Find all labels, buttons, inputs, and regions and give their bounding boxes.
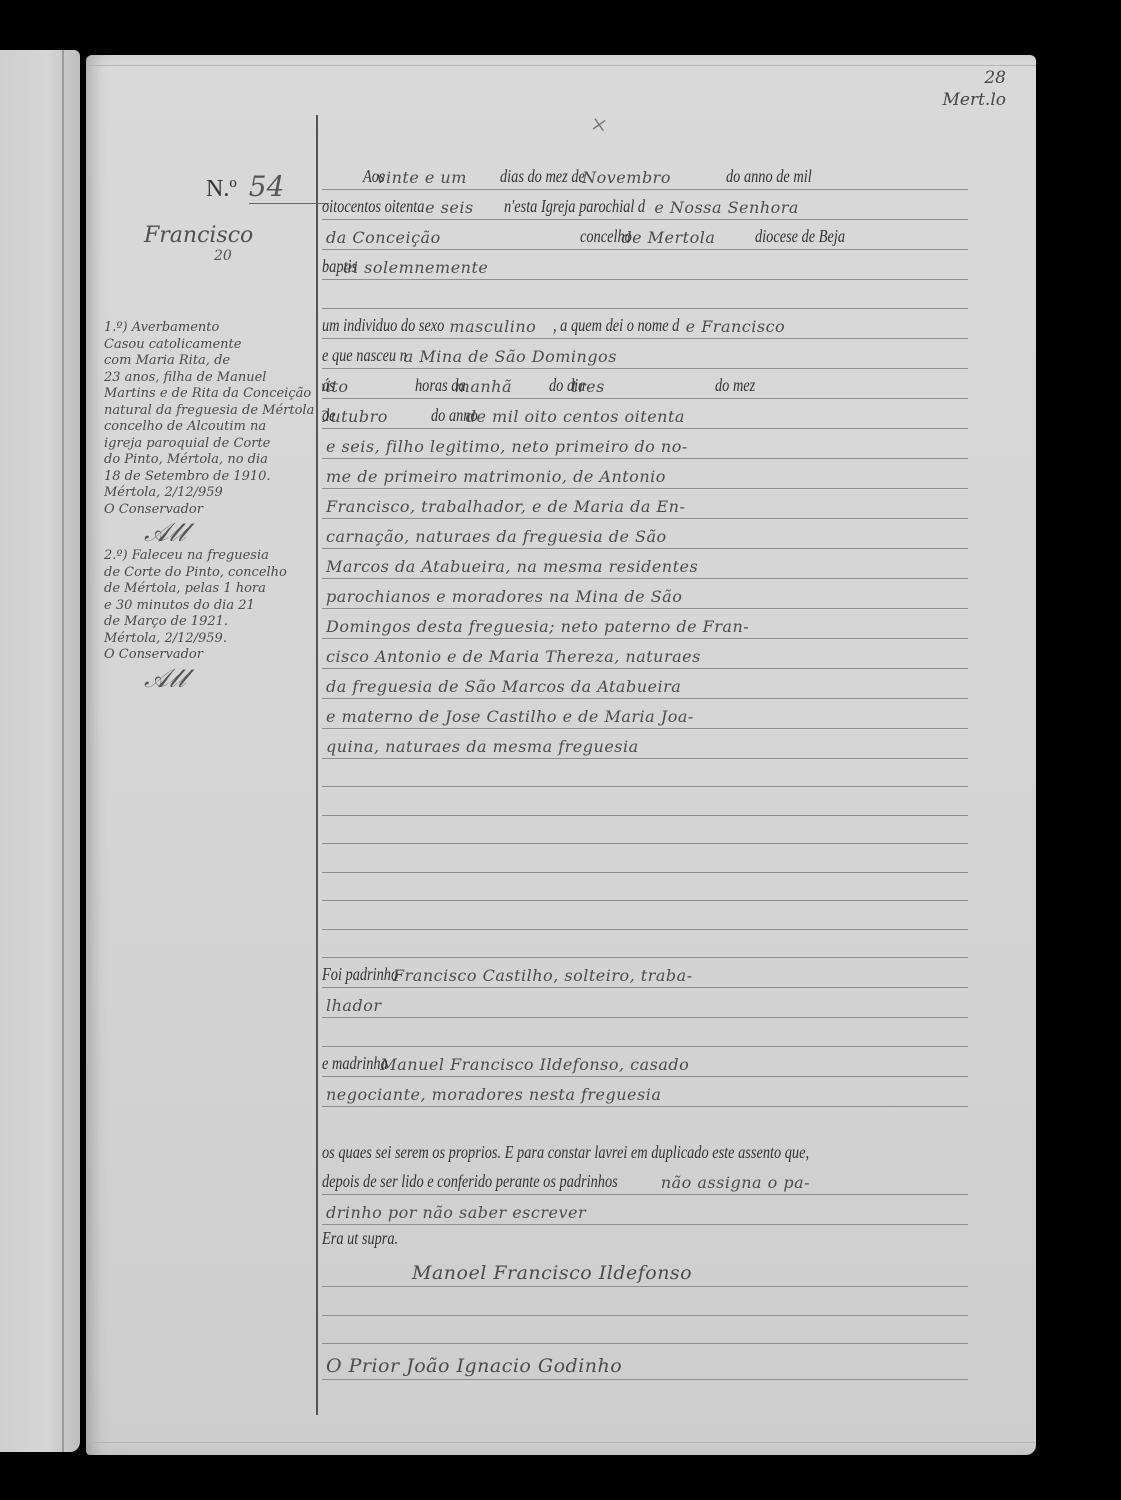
birth-day-field: tres (567, 377, 715, 396)
record-line-6: e que nasceu n a Mina de São Domingos (322, 339, 968, 369)
child-name-field: e Francisco (682, 317, 968, 336)
note-line: Casou catolicamente (104, 337, 316, 354)
handwritten-text: Domingos desta freguesia; neto paterno d… (322, 617, 968, 636)
record-line-8: de Outubro do anno de mil oito centos oi… (322, 399, 968, 429)
blank-line (322, 787, 968, 816)
godmother-label: e madrinha (322, 1053, 388, 1074)
margin-number: 20 (104, 248, 316, 264)
handwritten-text: Francisco, trabalhador, e de Maria da En… (322, 497, 968, 516)
printed-text: horas da (415, 375, 466, 396)
note-line: do Pinto, Mértola, no dia (104, 452, 316, 469)
margin-rule (316, 115, 318, 1415)
note-line: 23 anos, filha de Manuel (104, 370, 316, 387)
record-line-15: Domingos desta freguesia; neto paterno d… (322, 609, 968, 639)
birth-year-field: de mil oito centos oitenta (462, 407, 968, 426)
note-line: Martins e de Rita da Conceição (104, 386, 316, 403)
facing-page-edge (0, 50, 80, 1452)
printed-text: , a quem dei o nome d (553, 315, 679, 336)
month-field: Novembro (578, 168, 726, 187)
birth-month-field: Outubro (322, 407, 431, 426)
note-line: Mértola, 2/12/959. (104, 631, 316, 648)
godfather-line-1: Foi padrinho Francisco Castilho, solteir… (322, 958, 968, 988)
printed-text: oitocentos oitenta (322, 196, 424, 217)
printed-text: e que nasceu n (322, 345, 407, 366)
record-line-16: cisco Antonio e de Maria Thereza, natura… (322, 639, 968, 669)
blank-line (322, 1107, 968, 1136)
blank-line (322, 844, 968, 873)
parish-field: e Nossa Senhora (650, 198, 968, 217)
record-line-5: um individuo do sexo masculino , a quem … (322, 309, 968, 339)
birthplace-field: a Mina de São Domingos (400, 347, 968, 366)
note-line: 2.º) Faleceu na freguesia (104, 548, 316, 565)
municipality-field: de Mertola (617, 228, 755, 247)
printed-text: dias do mez de (500, 166, 585, 187)
folio-place: Mert.lo (942, 89, 1006, 111)
handwritten-text: Marcos da Atabueira, na mesma residentes (322, 557, 968, 576)
godparent-signature: Manoel Francisco Ildefonso (322, 1262, 968, 1284)
godmother-line-1: e madrinha Manuel Francisco Ildefonso, c… (322, 1047, 968, 1077)
handwritten-text: parochianos e moradores na Mina de São (322, 587, 968, 606)
printed-text: Aos (322, 166, 385, 187)
note-line: concelho de Alcoutim na (104, 419, 316, 436)
record-line-13: Marcos da Atabueira, na mesma residentes (322, 549, 968, 579)
record-line-4: baptis ei solemnemente (322, 250, 968, 280)
printed-text: baptis (322, 256, 357, 277)
record-line-3: da Conceição concelho de Mertola diocese… (322, 220, 968, 250)
blank-line (322, 1316, 968, 1345)
closing-line-3: drinho por não saber escrever (322, 1195, 968, 1225)
handwritten-text: e seis, filho legitimo, neto primeiro do… (322, 437, 968, 456)
printed-text: do anno (431, 405, 478, 426)
printed-text: do anno de mil (726, 166, 812, 187)
godparent-signature-line: Manoel Francisco Ildefonso (322, 1251, 968, 1287)
record-line-9: e seis, filho legitimo, neto primeiro do… (322, 429, 968, 459)
entry-number-value: 54 (249, 170, 329, 204)
printed-text: do dia (549, 375, 585, 396)
handwritten-text: cisco Antonio e de Maria Thereza, natura… (322, 647, 968, 666)
godfather-line-2: lhador (322, 988, 968, 1018)
era-line: Era ut supra. (322, 1225, 968, 1251)
printed-text: de (322, 405, 336, 426)
page-fold (62, 50, 64, 1452)
conservator-signature-2: 𝒜𝓁𝓁 (104, 664, 316, 694)
register-page: 28 Mert.lo × N.º 54 Francisco 20 1.º) Av… (86, 55, 1036, 1455)
godmother-field: Manuel Francisco Ildefonso, casado (376, 1055, 968, 1074)
closing-line-1: os quaes sei serem os proprios. E para c… (322, 1135, 968, 1165)
godfather-field: Francisco Castilho, solteiro, traba- (389, 966, 968, 985)
margin-annotations: Francisco 20 1.º) Averbamento Casou cato… (104, 223, 316, 694)
printed-text: n'esta Igreja parochial d (504, 196, 645, 217)
record-line-14: parochianos e moradores na Mina de São (322, 579, 968, 609)
godmother-line-2: negociante, moradores nesta freguesia (322, 1077, 968, 1107)
record-line-18: e materno de Jose Castilho e de Maria Jo… (322, 699, 968, 729)
printed-text: concelho (580, 226, 632, 247)
year-field: e seis (421, 198, 504, 217)
note-line: 18 de Setembro de 1910. (104, 469, 316, 486)
baptism-type-field: ei solemnemente (339, 258, 968, 277)
handwritten-text: carnação, naturaes da freguesia de São (322, 527, 968, 546)
handwritten-text: me de primeiro matrimonio, de Antonio (322, 467, 968, 486)
handwritten-text: quina, naturaes da mesma freguesia (322, 737, 968, 756)
sex-field: masculino (445, 317, 553, 336)
hour-field: oito (322, 377, 415, 396)
folio-page-number: 28 (942, 67, 1006, 89)
day-field: vinte e um (372, 168, 500, 187)
closing-line-2: depois de ser lido e conferido perante o… (322, 1165, 968, 1195)
handwritten-text: da freguesia de São Marcos da Atabueira (322, 677, 968, 696)
note-line: de Março de 1921. (104, 614, 316, 631)
note-line: natural da freguesia de Mértola (104, 403, 316, 420)
conservator-signature-1: 𝒜𝓁𝓁 (104, 518, 316, 548)
closing-text: os quaes sei serem os proprios. E para c… (322, 1142, 809, 1163)
closing-text: depois de ser lido e conferido perante o… (322, 1171, 618, 1192)
death-annotation: 2.º) Faleceu na freguesia de Corte do Pi… (104, 548, 316, 664)
note-line: de Corte do Pinto, concelho (104, 565, 316, 582)
margin-child-name: Francisco (104, 223, 316, 248)
record-line-7: ás oito horas da manhã do dia tres do me… (322, 369, 968, 399)
record-line-2: oitocentos oitenta e seis n'esta Igreja … (322, 190, 968, 220)
era-ut-supra: Era ut supra. (322, 1228, 398, 1249)
record-line-10: me de primeiro matrimonio, de Antonio (322, 459, 968, 489)
note-line: O Conservador (104, 502, 316, 519)
blank-line (322, 816, 968, 845)
record-line-12: carnação, naturaes da freguesia de São (322, 519, 968, 549)
record-line-1: Aos vinte e um dias do mez de Novembro d… (322, 160, 968, 190)
godfather-label: Foi padrinho (322, 964, 398, 985)
printed-text: um individuo do sexo (322, 315, 444, 336)
blank-line (322, 901, 968, 930)
entry-number-label: N.º (206, 176, 237, 202)
note-line: Mértola, 2/12/959 (104, 485, 316, 502)
note-line: O Conservador (104, 647, 316, 664)
page-top-edge (86, 65, 1036, 66)
printed-text: diocese de Beja (755, 226, 845, 247)
priest-signature-line: O Prior João Ignacio Godinho (322, 1344, 968, 1380)
blank-line (322, 873, 968, 902)
printed-text: ás (322, 375, 335, 396)
record-line-11: Francisco, trabalhador, e de Maria da En… (322, 489, 968, 519)
parish-field-cont: da Conceição (322, 228, 580, 247)
printed-text: do mez (715, 375, 755, 396)
note-line: 1.º) Averbamento (104, 320, 316, 337)
entry-number: N.º 54 (206, 170, 329, 204)
handwritten-text: e materno de Jose Castilho e de Maria Jo… (322, 707, 968, 726)
baptism-record: Aos vinte e um dias do mez de Novembro d… (322, 160, 968, 1380)
blank-line (322, 1287, 968, 1316)
marriage-annotation: 1.º) Averbamento Casou catolicamente com… (104, 320, 316, 518)
record-line-17: da freguesia de São Marcos da Atabueira (322, 669, 968, 699)
cross-mark: × (588, 109, 609, 143)
folio: 28 Mert.lo (942, 67, 1006, 111)
godmother-field-cont: negociante, moradores nesta freguesia (322, 1085, 968, 1104)
blank-line (322, 930, 968, 959)
note-line: de Mértola, pelas 1 hora (104, 581, 316, 598)
note-line: e 30 minutos do dia 21 (104, 598, 316, 615)
blank-line (322, 280, 968, 309)
note-line: com Maria Rita, de (104, 353, 316, 370)
record-line-19: quina, naturaes da mesma freguesia (322, 729, 968, 759)
signing-note: não assigna o pa- (657, 1173, 968, 1192)
note-line: igreja paroquial de Corte (104, 436, 316, 453)
priest-signature: O Prior João Ignacio Godinho (322, 1355, 968, 1377)
page-bottom-edge (86, 1442, 1036, 1443)
blank-line (322, 759, 968, 788)
godfather-field-cont: lhador (322, 996, 968, 1015)
signing-note-cont: drinho por não saber escrever (322, 1203, 968, 1222)
blank-line (322, 1018, 968, 1047)
